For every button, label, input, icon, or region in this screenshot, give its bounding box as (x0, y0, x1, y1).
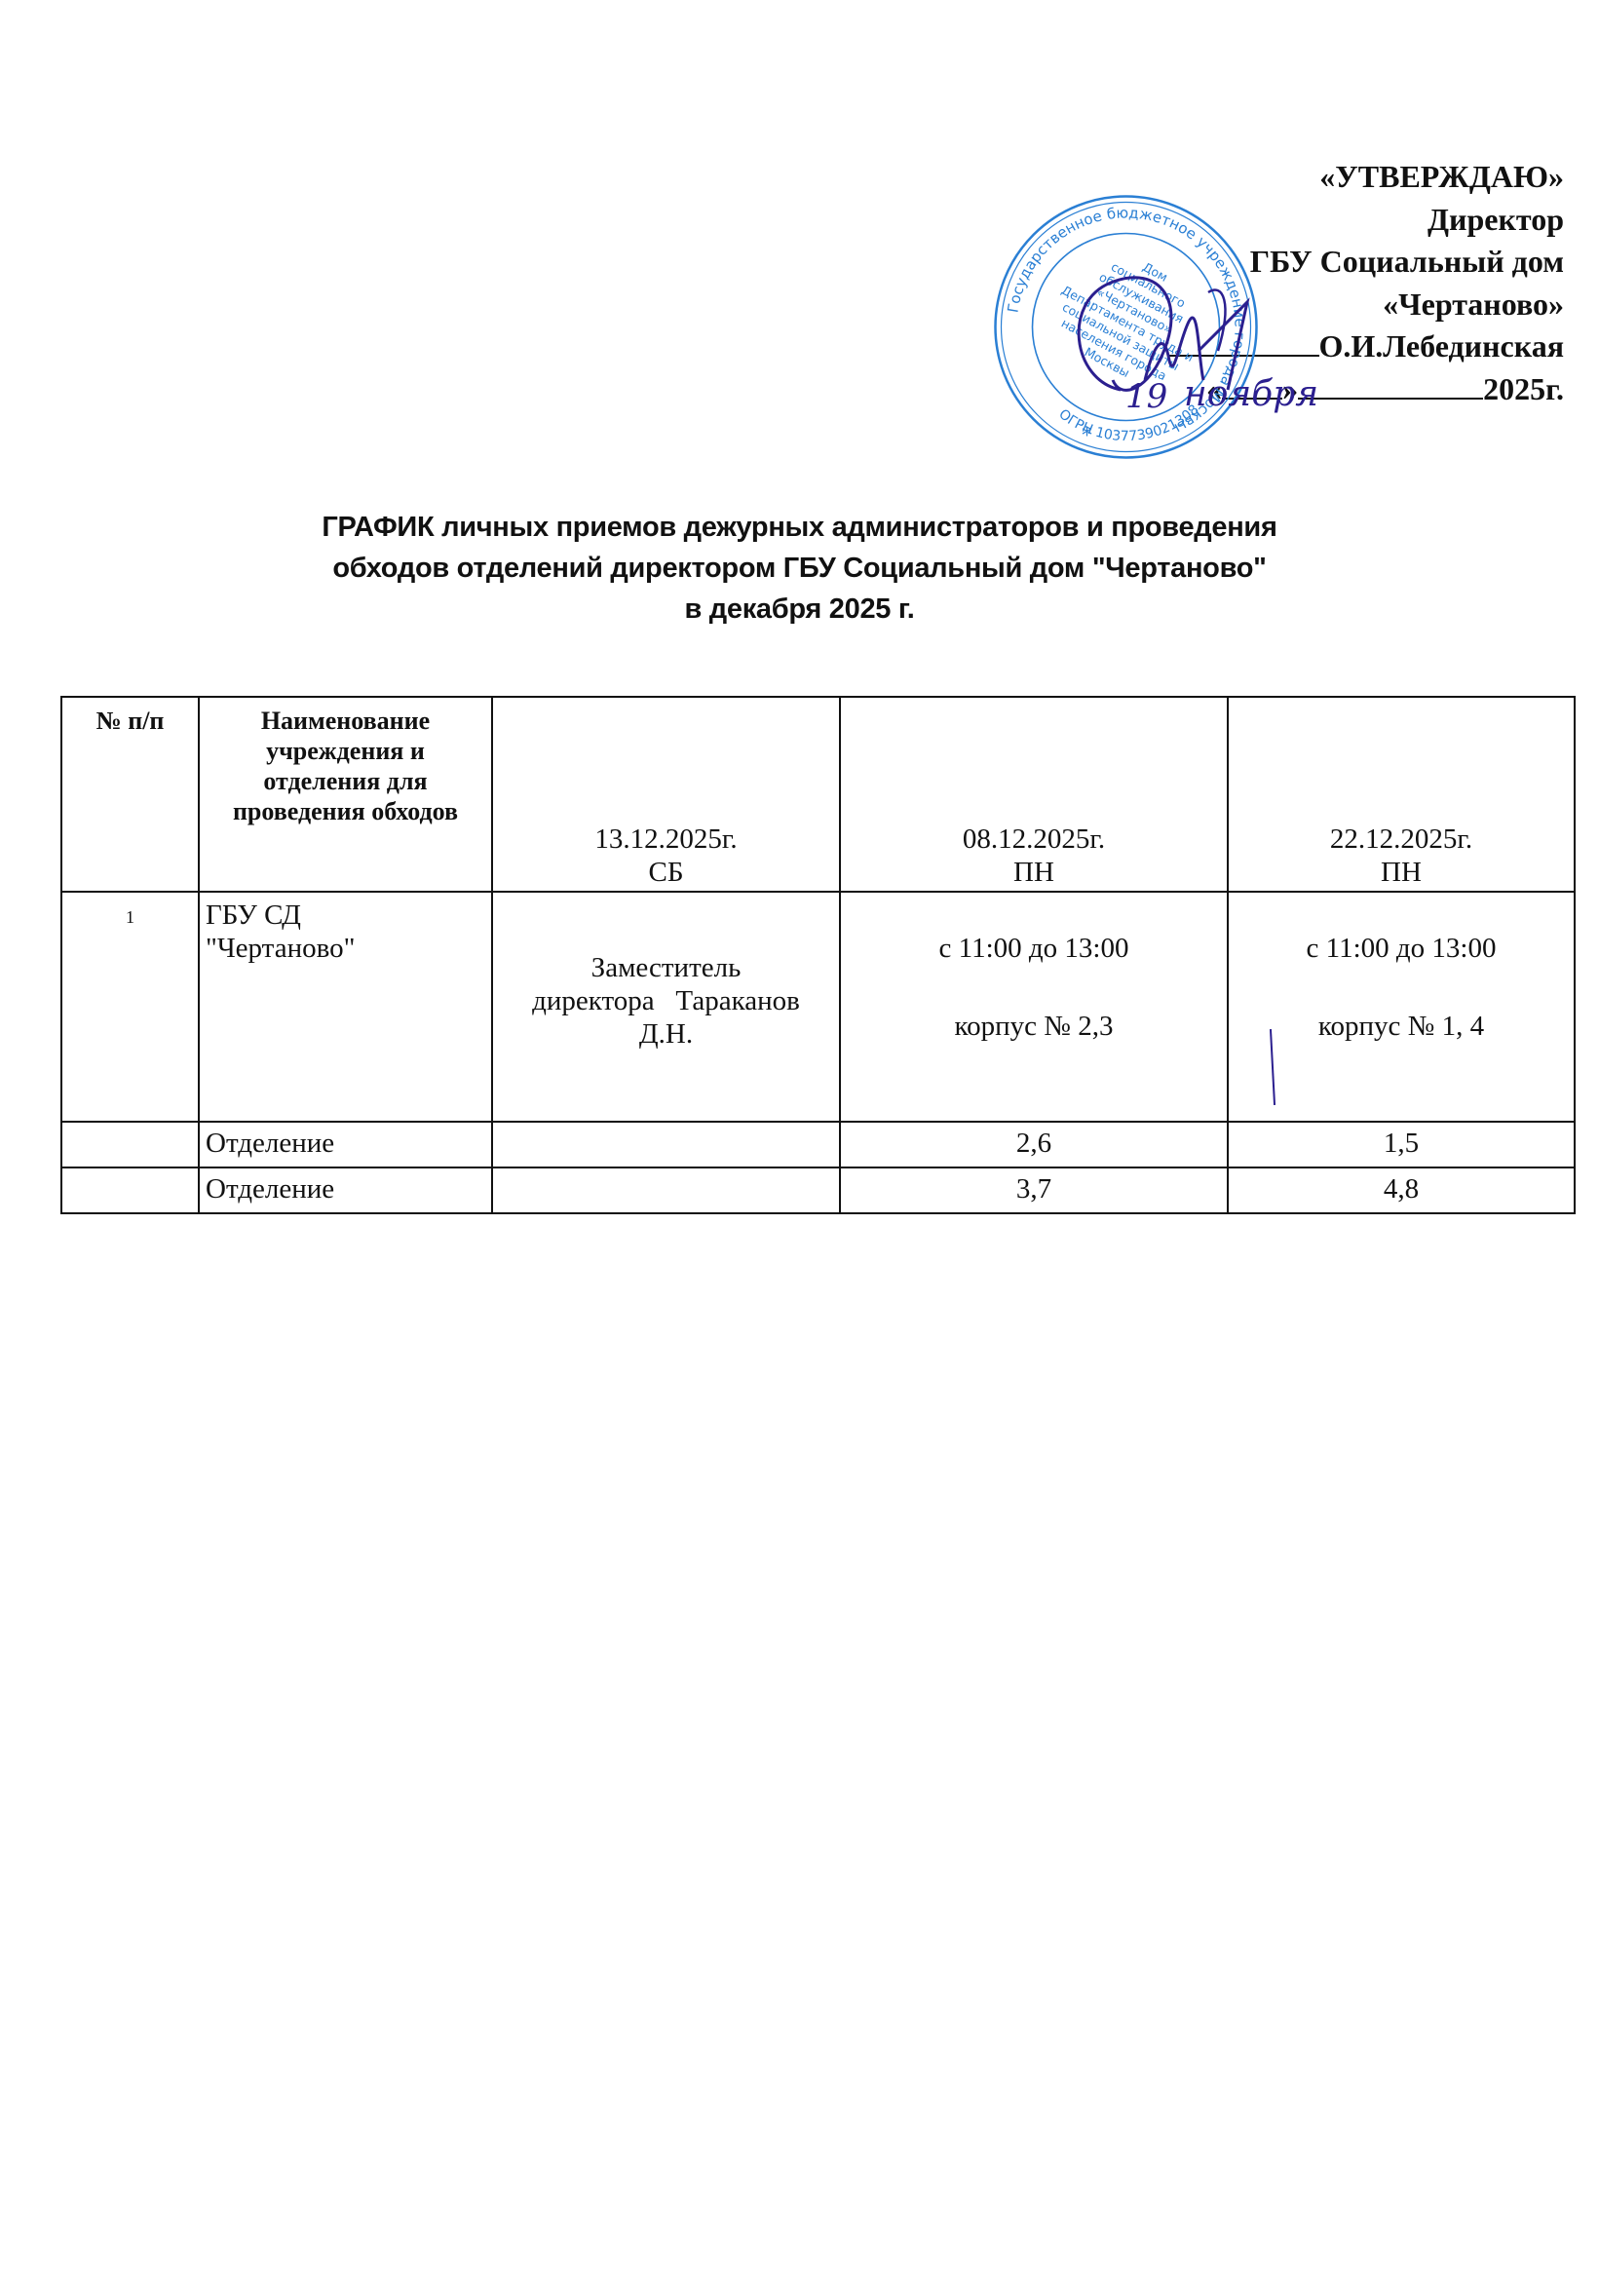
header-date-2: 08.12.2025г. ПН (840, 697, 1228, 892)
approval-signatory-line: О.И.Лебединская (1018, 325, 1564, 368)
title-line-1: ГРАФИК личных приемов дежурных администр… (0, 507, 1599, 548)
table-row: Отделение 2,6 1,5 (61, 1122, 1575, 1167)
responsible-cell: Заместитель директора Тараканов Д.Н. (492, 892, 840, 1122)
approval-org-line2: «Чертаново» (1018, 284, 1564, 326)
title-line-2: обходов отделений директором ГБУ Социаль… (0, 548, 1599, 589)
approval-year: 2025г. (1483, 371, 1564, 406)
empty-cell (61, 1122, 199, 1167)
slot-cell-2: с 11:00 до 13:00 корпус № 1, 4 (1228, 892, 1575, 1122)
row-number: 1 (61, 892, 199, 1122)
header-date-3: 22.12.2025г. ПН (1228, 697, 1575, 892)
signature-blank (1168, 325, 1319, 357)
approval-org-line1: ГБУ Социальный дом (1018, 241, 1564, 284)
department-col5: 4,8 (1228, 1167, 1575, 1213)
document-title: ГРАФИК личных приемов дежурных администр… (0, 507, 1599, 630)
header-num: № п/п (61, 697, 199, 892)
department-col5: 1,5 (1228, 1122, 1575, 1167)
title-line-3: в декабря 2025 г. (0, 589, 1599, 630)
approval-signatory: О.И.Лебединская (1319, 328, 1565, 364)
department-col3 (492, 1122, 840, 1167)
month-blank (1298, 368, 1483, 400)
date-close-quote: » (1282, 371, 1298, 406)
stamp-star-icon: * (1082, 424, 1092, 448)
approval-heading: «УТВЕРЖДАЮ» (1018, 156, 1564, 199)
slot-cell-1: с 11:00 до 13:00 корпус № 2,3 (840, 892, 1228, 1122)
department-col3 (492, 1167, 840, 1213)
approval-block: «УТВЕРЖДАЮ» Директор ГБУ Социальный дом … (1018, 156, 1564, 410)
department-label: Отделение (199, 1122, 492, 1167)
date-open-quote: « (1206, 371, 1222, 406)
header-name: Наименование учреждения и отделения для … (199, 697, 492, 892)
schedule-table: № п/п Наименование учреждения и отделени… (60, 696, 1576, 1214)
day-blank (1222, 368, 1282, 400)
header-date-1: 13.12.2025г. СБ (492, 697, 840, 892)
table-row: 1 ГБУ СД "Чертаново" Заместитель директо… (61, 892, 1575, 1122)
approval-date-line: «»2025г. (1018, 368, 1564, 411)
institution-cell: ГБУ СД "Чертаново" (199, 892, 492, 1122)
empty-cell (61, 1167, 199, 1213)
department-label: Отделение (199, 1167, 492, 1213)
table-row: Отделение 3,7 4,8 (61, 1167, 1575, 1213)
department-col4: 2,6 (840, 1122, 1228, 1167)
approval-position: Директор (1018, 199, 1564, 242)
table-header-row: № п/п Наименование учреждения и отделени… (61, 697, 1575, 892)
department-col4: 3,7 (840, 1167, 1228, 1213)
